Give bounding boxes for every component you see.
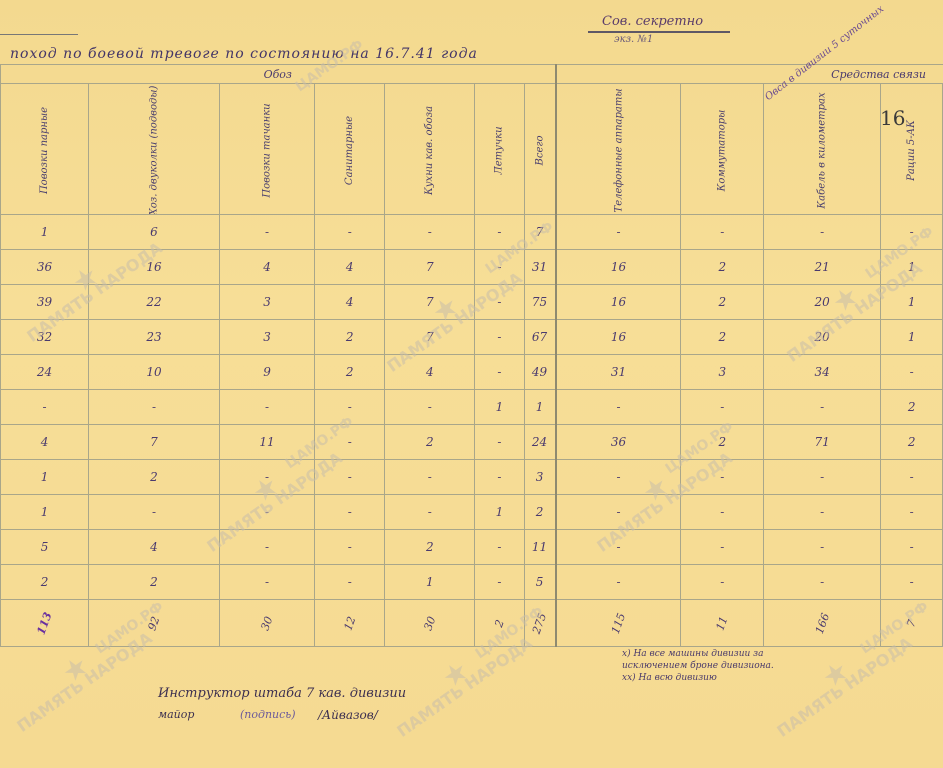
column-header-label: Летучки <box>494 126 505 174</box>
table-cell: 2 <box>1 565 89 600</box>
table-cell: - <box>681 530 764 565</box>
column-header-label: Кухни кав. обоза <box>424 106 435 195</box>
table-cell: - <box>475 530 524 565</box>
table-cell: 11 <box>524 530 555 565</box>
table-cell: - <box>219 530 314 565</box>
table-cell: 5 <box>524 565 555 600</box>
column-header-label: Рации 5-АК <box>906 120 917 181</box>
total-cell: 7 <box>881 600 943 647</box>
table-cell: 3 <box>681 355 764 390</box>
table-cell: 7 <box>385 250 475 285</box>
total-cell: 115 <box>556 600 681 647</box>
table-cell: 2 <box>681 425 764 460</box>
table-row: 1----12------61-----0,5бк0,5бк1бк0,5бк0,… <box>1 495 943 530</box>
table-cell: 75 <box>524 285 555 320</box>
table-cell: 4 <box>89 530 220 565</box>
table-cell: 20 <box>764 320 881 355</box>
column-header: Телефонные аппараты <box>556 84 681 215</box>
table-cell: 34 <box>764 355 881 390</box>
table-cell: - <box>385 390 475 425</box>
total-cell: 113 <box>1 600 89 647</box>
table-cell: 22 <box>89 285 220 320</box>
title-rule <box>0 34 78 35</box>
total-cell: 30 <box>385 600 475 647</box>
table-cell: - <box>219 215 314 250</box>
table-cell: 2 <box>681 285 764 320</box>
table-cell: 23 <box>89 320 220 355</box>
report-table: ОбозСредства связиХимическое имуществоИн… <box>0 64 943 647</box>
table-cell: - <box>764 530 881 565</box>
table-row: 54--2-11------30--------------1бк-1бкодн… <box>1 530 943 565</box>
signature-scrawl: (подпись) <box>240 708 296 721</box>
table-row: 3922347-75162201--665102-90401301бк----1… <box>1 285 943 320</box>
table-cell: 2 <box>681 320 764 355</box>
column-header: Рации 5-АК <box>881 84 943 215</box>
table-cell: - <box>1 390 89 425</box>
table-cell: - <box>219 460 314 495</box>
table-cell: - <box>764 460 881 495</box>
table-cell: 2 <box>524 495 555 530</box>
table-cell: - <box>764 565 881 600</box>
table-cell: 4 <box>315 250 385 285</box>
classification-stamp: Сов. секретно <box>602 14 703 29</box>
signer-name: /Айвазов/ <box>318 708 378 722</box>
table-cell: - <box>315 460 385 495</box>
column-group-header: Обоз <box>1 65 556 84</box>
table-cell: - <box>764 390 881 425</box>
total-cell: 2 <box>475 600 524 647</box>
table-cell: - <box>315 425 385 460</box>
table-cell: - <box>475 250 524 285</box>
signature-block: Инструктор штаба 7 кав. дивизии майор (п… <box>158 686 406 701</box>
total-cell: 166 <box>764 600 881 647</box>
table-row: -----11---210-150-------2бк---2бк--1бк-1… <box>1 390 943 425</box>
column-header: Кабель в километрах <box>764 84 881 215</box>
table-cell: 1 <box>881 320 943 355</box>
table-cell: - <box>681 215 764 250</box>
table-cell: 1 <box>1 460 89 495</box>
total-cell: 92 <box>89 600 220 647</box>
table-cell: 20 <box>764 285 881 320</box>
table-cell: 31 <box>524 250 555 285</box>
column-header: Повозки парные <box>1 84 89 215</box>
column-header-label: Кабель в километрах <box>817 92 828 208</box>
total-cell: 11 <box>681 600 764 647</box>
table-cell: 4 <box>315 285 385 320</box>
copy-number: экз. №1 <box>614 34 653 45</box>
table-row: 4711-2-24362712-190--------------1бк-1бк… <box>1 425 943 460</box>
table-cell: - <box>385 215 475 250</box>
table-cell: - <box>219 390 314 425</box>
classification-underline <box>588 31 730 33</box>
table-row: 2410924-4931334---456200-5386159---1бк1б… <box>1 355 943 390</box>
table-cell: 1 <box>475 390 524 425</box>
table-cell: 2 <box>89 565 220 600</box>
table-cell: 2 <box>315 355 385 390</box>
table-cell: - <box>881 215 943 250</box>
table-cell: - <box>219 495 314 530</box>
table-cell: - <box>556 565 681 600</box>
table-cell: - <box>764 215 881 250</box>
table-cell: - <box>315 530 385 565</box>
column-header: Коммутаторы <box>681 84 764 215</box>
column-header: Хоз. двуколки (подводы) <box>89 84 220 215</box>
table-cell: - <box>315 390 385 425</box>
totals-row: 1139230123022751151116671012847513323213… <box>1 600 943 647</box>
table-cell: 36 <box>1 250 89 285</box>
table-cell: - <box>881 355 943 390</box>
table-cell: 7 <box>385 285 475 320</box>
table-cell: - <box>764 495 881 530</box>
column-header-label: Коммутаторы <box>717 110 728 192</box>
table-row: 16----7------101--70-10-----1бк--1бк-1бк… <box>1 215 943 250</box>
total-cell: 30 <box>219 600 314 647</box>
table-cell: - <box>315 495 385 530</box>
total-cell: 12 <box>315 600 385 647</box>
table-cell: 3 <box>219 320 314 355</box>
table-cell: - <box>556 215 681 250</box>
column-header-label: Хоз. двуколки (подводы) <box>148 86 159 215</box>
column-header: Повозки тачанки <box>219 84 314 215</box>
column-header-row: Повозки парныеХоз. двуколки (подводы)Пов… <box>1 84 943 215</box>
table-cell: - <box>681 565 764 600</box>
table-cell: 1 <box>881 250 943 285</box>
table-cell: - <box>475 460 524 495</box>
table-cell: 10 <box>89 355 220 390</box>
table-cell: - <box>881 460 943 495</box>
signer-rank: майор <box>158 708 194 721</box>
table-cell: - <box>881 530 943 565</box>
table-cell: 2 <box>681 250 764 285</box>
table-cell: 2 <box>385 425 475 460</box>
footnote-2: хх) На всю дивизию <box>622 672 792 684</box>
table-cell: 9 <box>219 355 314 390</box>
table-cell: 16 <box>89 250 220 285</box>
column-header-label: Всего <box>534 136 545 166</box>
table-cell: - <box>475 425 524 460</box>
table-cell: 39 <box>1 285 89 320</box>
table-cell: - <box>556 460 681 495</box>
table-cell: - <box>475 215 524 250</box>
table-cell: 1 <box>385 565 475 600</box>
table-cell: 1 <box>881 285 943 320</box>
table-cell: 1 <box>524 390 555 425</box>
column-header: Кухни кав. обоза <box>385 84 475 215</box>
table-cell: - <box>475 355 524 390</box>
table-cell: - <box>556 530 681 565</box>
table-cell: - <box>89 390 220 425</box>
table-cell: - <box>385 460 475 495</box>
table-cell: - <box>681 390 764 425</box>
table-cell: - <box>556 495 681 530</box>
table-cell: - <box>475 565 524 600</box>
footnotes: х) На все машины дивизии за исключением … <box>622 648 792 684</box>
column-header-label: Повозки парные <box>39 107 50 194</box>
table-row: 22--1-5------26--------------1бк---2 <box>1 565 943 600</box>
column-header-label: Телефонные аппараты <box>613 89 624 213</box>
table-cell: 3 <box>219 285 314 320</box>
table-cell: - <box>89 495 220 530</box>
table-cell: 2 <box>315 320 385 355</box>
table-cell: 2 <box>881 390 943 425</box>
table-cell: 1 <box>475 495 524 530</box>
table-cell: 1 <box>1 495 89 530</box>
table-cell: 16 <box>556 285 681 320</box>
table-cell: 2 <box>881 425 943 460</box>
column-header-label: Санитарные <box>344 116 355 185</box>
column-header-label: Повозки тачанки <box>262 103 273 197</box>
column-group-header: Средства связи <box>556 65 943 84</box>
table-cell: - <box>475 320 524 355</box>
column-header: Санитарные <box>315 84 385 215</box>
table-cell: 4 <box>1 425 89 460</box>
table-cell: - <box>315 565 385 600</box>
table-cell: 67 <box>524 320 555 355</box>
table-cell: 16 <box>556 320 681 355</box>
table-cell: 49 <box>524 355 555 390</box>
table-cell: 32 <box>1 320 89 355</box>
table-cell: 36 <box>556 425 681 460</box>
table-cell: 24 <box>524 425 555 460</box>
table-cell: 7 <box>385 320 475 355</box>
table-cell: 71 <box>764 425 881 460</box>
total-cell: 275 <box>524 600 555 647</box>
table-cell: 3 <box>524 460 555 495</box>
table-cell: - <box>556 390 681 425</box>
table-cell: 16 <box>556 250 681 285</box>
table-cell: 2 <box>385 530 475 565</box>
table-cell: 31 <box>556 355 681 390</box>
table-cell: 2 <box>89 460 220 495</box>
column-header: Летучки <box>475 84 524 215</box>
column-header: Всего <box>524 84 555 215</box>
footnote-1: х) На все машины дивизии за исключением … <box>622 648 792 672</box>
table-cell: - <box>881 495 943 530</box>
table-cell: - <box>385 495 475 530</box>
table-cell: 4 <box>385 355 475 390</box>
table-cell: - <box>475 285 524 320</box>
table-row: 3223327-67162201--59913-7010801бк----1бк… <box>1 320 943 355</box>
table-cell: 7 <box>89 425 220 460</box>
document-title: поход по боевой тревоге по состоянию на … <box>10 46 478 62</box>
table-cell: 5 <box>1 530 89 565</box>
table-cell: - <box>881 565 943 600</box>
table-cell: - <box>219 565 314 600</box>
table-cell: 24 <box>1 355 89 390</box>
table-row: 3616447-31162211--630162-90494-1бк---1бк… <box>1 250 943 285</box>
table-cell: - <box>681 460 764 495</box>
table-cell: 21 <box>764 250 881 285</box>
table-cell: 1 <box>1 215 89 250</box>
table-cell: - <box>681 495 764 530</box>
page-number: 16 <box>880 106 905 130</box>
table-cell: - <box>315 215 385 250</box>
table-cell: 4 <box>219 250 314 285</box>
table-cell: 6 <box>89 215 220 250</box>
document-page: Сов. секретно экз. №1 поход по боевой тр… <box>0 0 943 768</box>
table-cell: 7 <box>524 215 555 250</box>
table-row: 12----3------36363------------1бк--одна4 <box>1 460 943 495</box>
signer-position: Инструктор штаба 7 кав. дивизии <box>158 686 406 701</box>
table-cell: 11 <box>219 425 314 460</box>
